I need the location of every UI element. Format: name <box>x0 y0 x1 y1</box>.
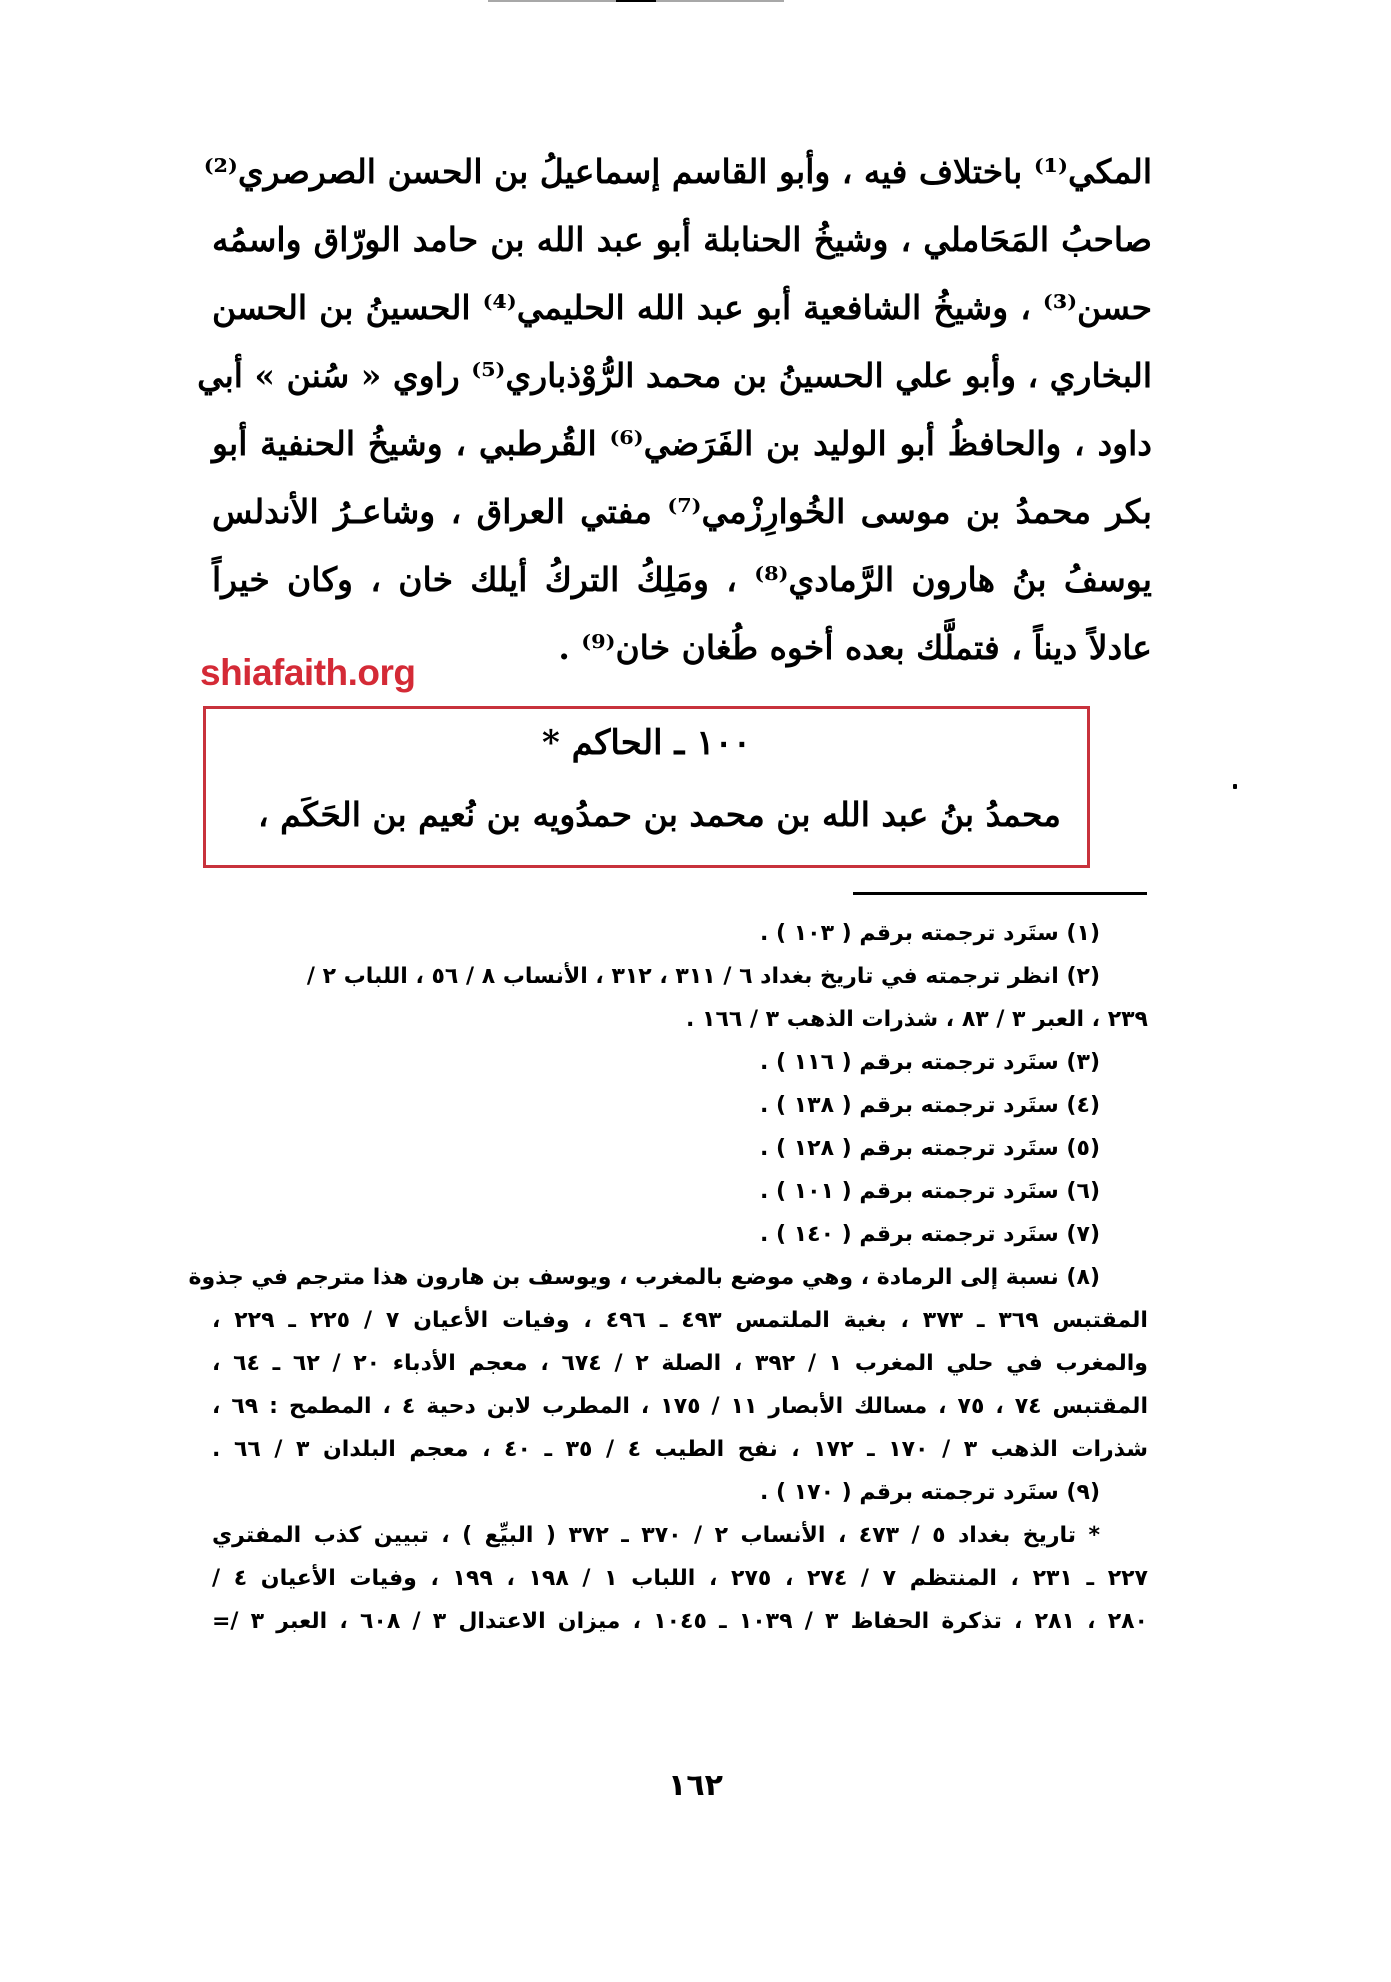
entry-name-line: محمدُ بنُ عبد الله بن محمد بن حمدُويه بن… <box>258 795 1061 834</box>
body-line: صاحبُ المَحَاملي ، وشيخُ الحنابلة أبو عب… <box>212 206 1152 274</box>
body-line: داود ، والحافظُ أبو الوليد بن الفَرَضي⁽⁶… <box>212 410 1152 478</box>
footnote-4: (٤) ستَرد ترجمته برقم ( ١٣٨ ) . <box>212 1084 1148 1127</box>
page-number: ١٦٢ <box>0 1768 1391 1803</box>
footnote-8-cont: المقتبس ٧٤ ، ٧٥ ، مسالك الأبصار ١١ / ١٧٥… <box>212 1385 1148 1428</box>
body-line: يوسفُ بنُ هارون الرَّمادي⁽⁸⁾ ، ومَلِكُ ا… <box>212 546 1152 614</box>
footnote-8-cont: شذرات الذهب ٣ / ١٧٠ ـ ١٧٢ ، نفح الطيب ٤ … <box>212 1428 1148 1471</box>
footnote-2-cont: ٢٣٩ ، العبر ٣ / ٨٣ ، شذرات الذهب ٣ / ١٦٦… <box>212 998 1148 1041</box>
footnote-9: (٩) ستَرد ترجمته برقم ( ١٧٠ ) . <box>212 1471 1148 1514</box>
footnote-1: (١) ستَرد ترجمته برقم ( ١٠٣ ) . <box>212 912 1148 955</box>
footnote-star-cont: ٢٨٠ ، ٢٨١ ، تذكرة الحفاظ ٣ / ١٠٣٩ ـ ١٠٤٥… <box>212 1600 1148 1643</box>
footnote-8-cont: والمغرب في حلي المغرب ١ / ٣٩٢ ، الصلة ٢ … <box>212 1342 1148 1385</box>
footnote-8: (٨) نسبة إلى الرمادة ، وهي موضع بالمغرب … <box>212 1256 1148 1299</box>
highlighted-entry-box: ١٠٠ ـ الحاكم * محمدُ بنُ عبد الله بن محم… <box>203 706 1090 868</box>
body-line: البخاري ، وأبو علي الحسينُ بن محمد الرُّ… <box>212 342 1152 410</box>
entry-title: ١٠٠ ـ الحاكم * <box>206 723 1087 763</box>
footnote-star: * تاريخ بغداد ٥ / ٤٧٣ ، الأنساب ٢ / ٣٧٠ … <box>212 1514 1148 1557</box>
footnote-6: (٦) ستَرد ترجمته برقم ( ١٠١ ) . <box>212 1170 1148 1213</box>
watermark-logo: shiafaith.org <box>200 652 416 694</box>
body-line: حسن⁽³⁾ ، وشيخُ الشافعية أبو عبد الله الح… <box>212 274 1152 342</box>
footnote-3: (٣) ستَرد ترجمته برقم ( ١١٦ ) . <box>212 1041 1148 1084</box>
footnote-5: (٥) ستَرد ترجمته برقم ( ١٢٨ ) . <box>212 1127 1148 1170</box>
footnote-star-cont: ٢٢٧ ـ ٢٣١ ، المنتظم ٧ / ٢٧٤ ، ٢٧٥ ، اللب… <box>212 1557 1148 1600</box>
footnote-7: (٧) ستَرد ترجمته برقم ( ١٤٠ ) . <box>212 1213 1148 1256</box>
footnotes-section: (١) ستَرد ترجمته برقم ( ١٠٣ ) . (٢) انظر… <box>212 912 1148 1643</box>
scan-speck <box>1233 784 1237 789</box>
footnote-8-cont: المقتبس ٣٦٩ ـ ٣٧٣ ، بغية الملتمس ٤٩٣ ـ ٤… <box>212 1299 1148 1342</box>
footnote-2: (٢) انظر ترجمته في تاريخ بغداد ٦ / ٣١١ ،… <box>212 955 1148 998</box>
body-line: بكر محمدُ بن موسى الخُوارِزْمي⁽⁷⁾ مفتي ا… <box>212 478 1152 546</box>
footnote-separator <box>853 892 1147 895</box>
top-edge-mark <box>616 0 656 2</box>
body-line: المكي⁽¹⁾ باختلاف فيه ، وأبو القاسم إسماع… <box>212 138 1152 206</box>
main-body-text: المكي⁽¹⁾ باختلاف فيه ، وأبو القاسم إسماع… <box>212 138 1152 682</box>
